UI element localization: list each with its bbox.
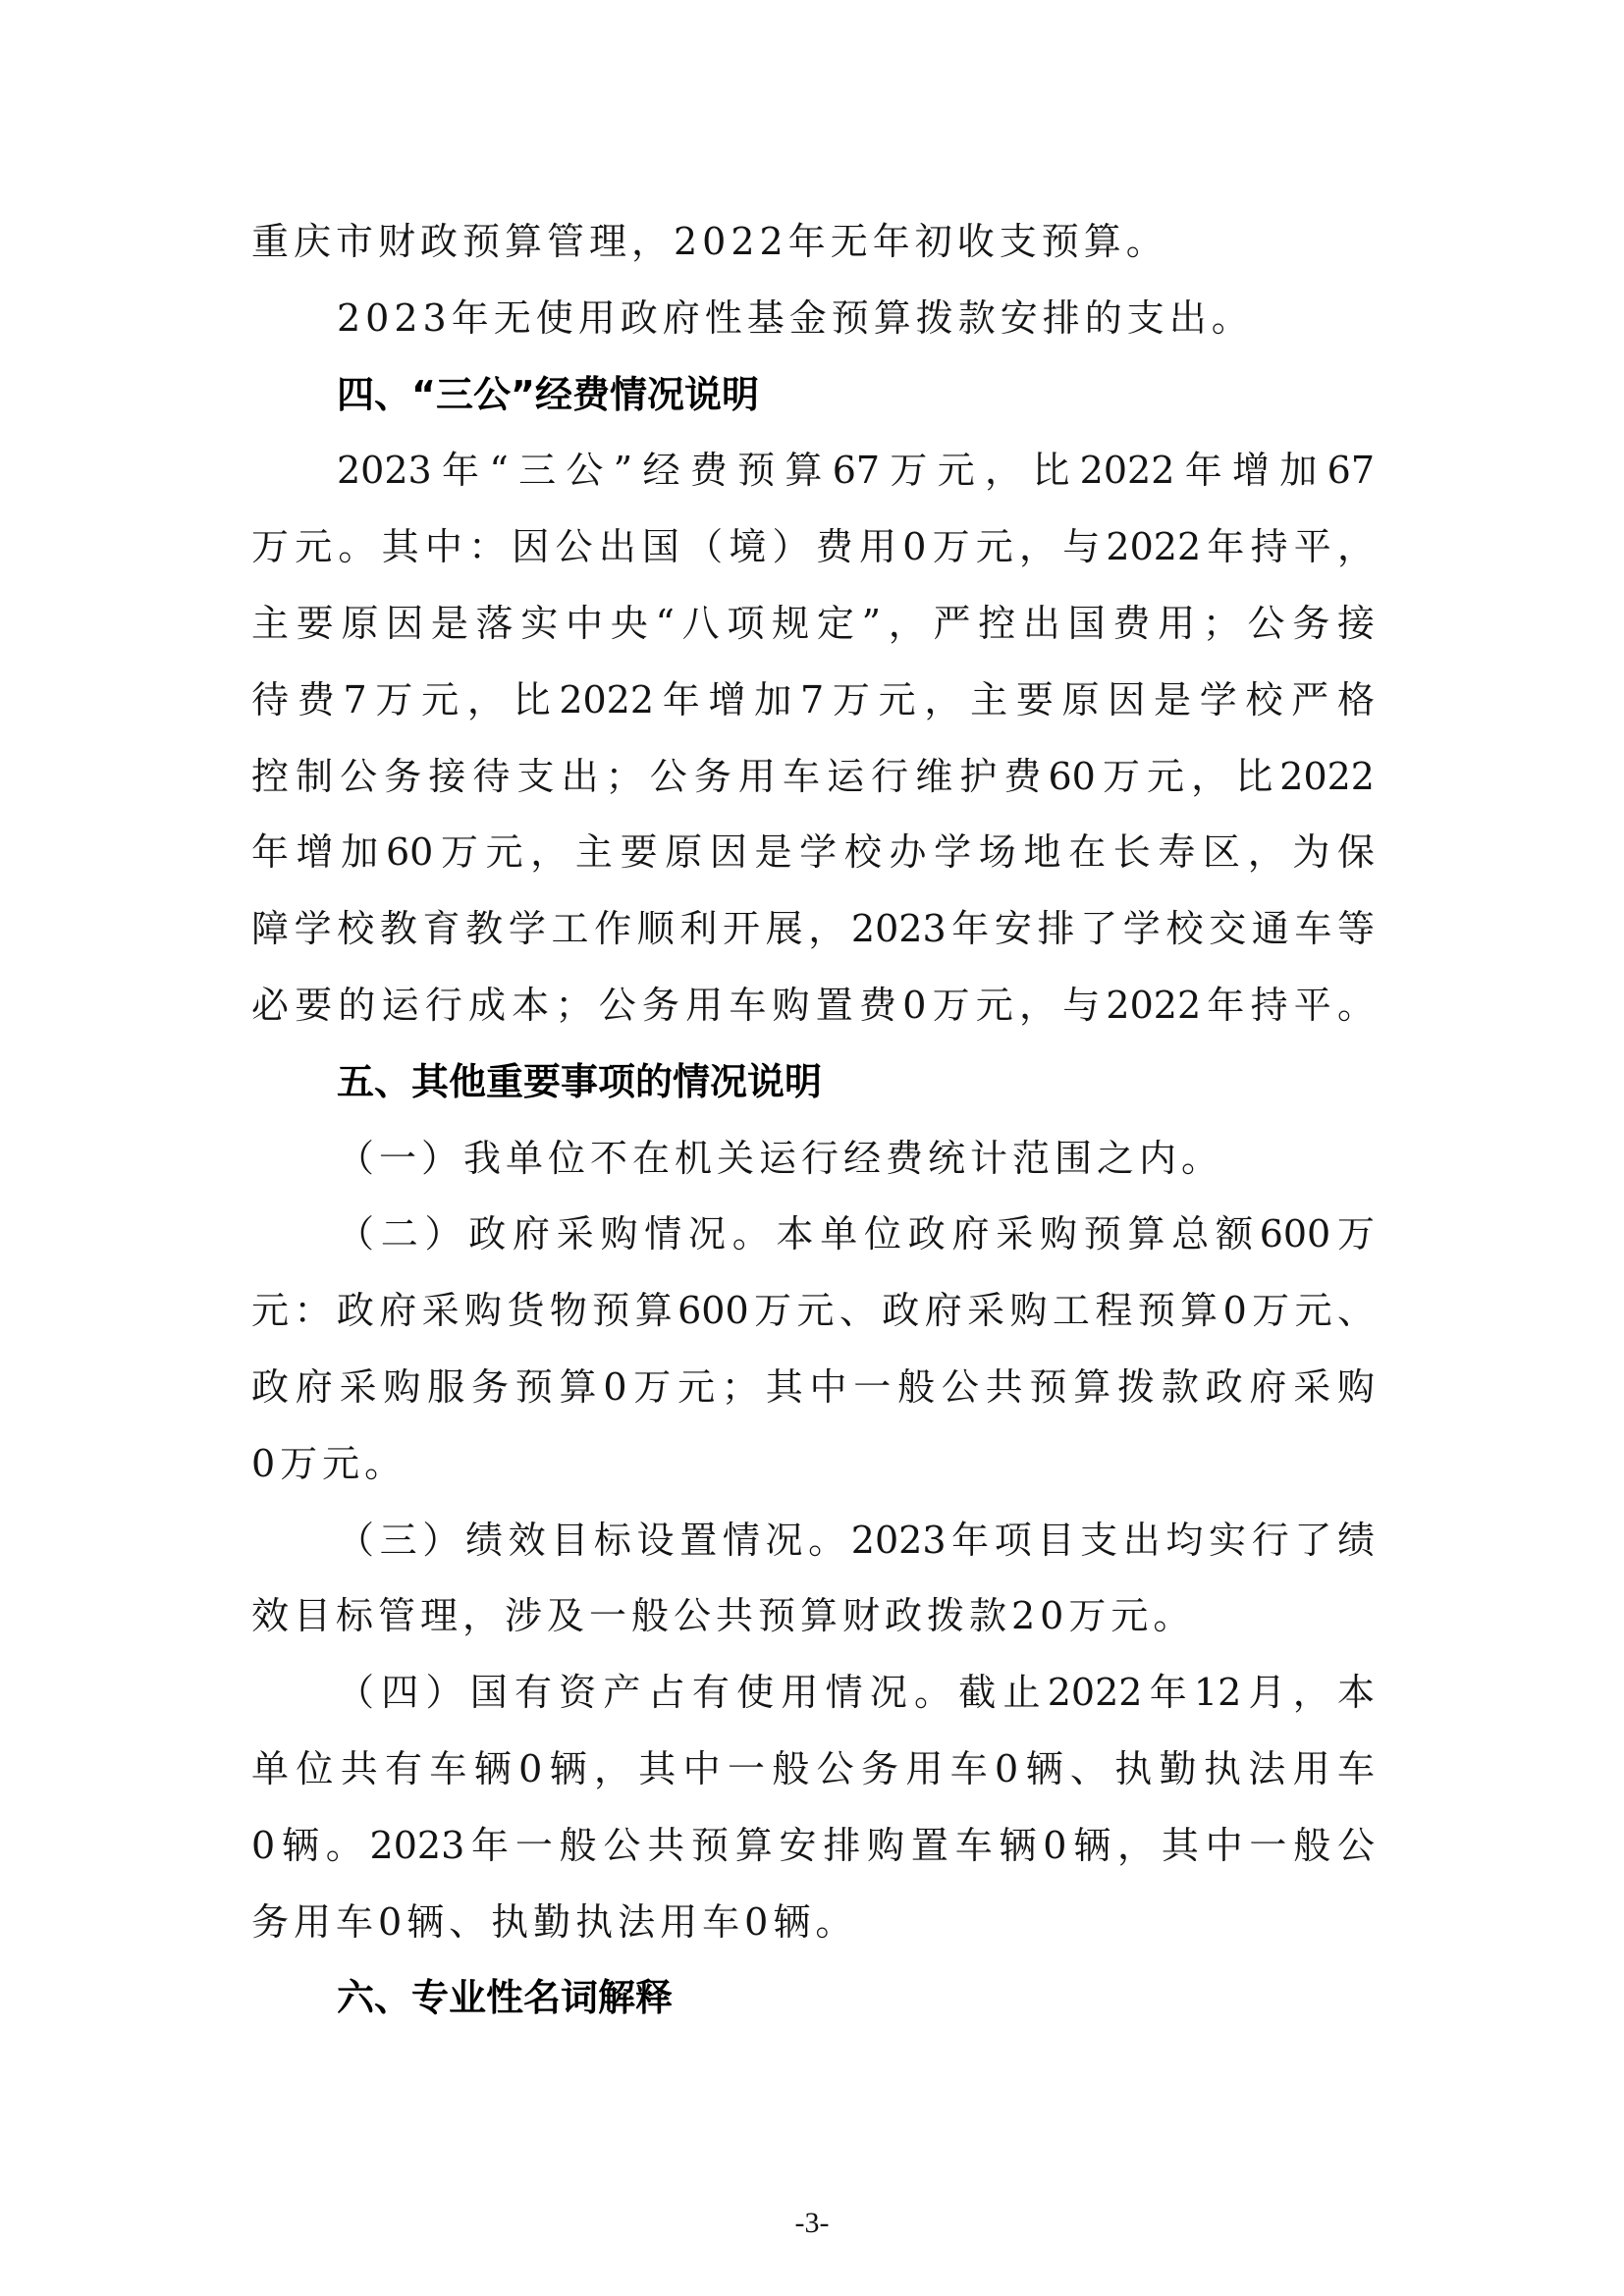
page-number: -3- bbox=[0, 2207, 1624, 2240]
body-line: 务用车0辆、执勤执法用车0辆。 bbox=[251, 1885, 1375, 1961]
section-heading-five: 五、其他重要事项的情况说明 bbox=[251, 1044, 1375, 1121]
body-line: 0万元。 bbox=[251, 1426, 1375, 1503]
body-line: 控制公务接待支出；公务用车运行维护费60万元，比2022 bbox=[251, 739, 1375, 816]
body-line: 政府采购服务预算0万元；其中一般公共预算拨款政府采购 bbox=[251, 1350, 1375, 1426]
body-line: 障学校教育教学工作顺利开展，2023年安排了学校交通车等 bbox=[251, 891, 1375, 968]
body-line: 必要的运行成本；公务用车购置费0万元，与2022年持平。 bbox=[251, 968, 1375, 1044]
body-paragraph-line: （三）绩效目标设置情况。2023年项目支出均实行了绩 bbox=[251, 1503, 1375, 1579]
body-line: 效目标管理，涉及一般公共预算财政拨款20万元。 bbox=[251, 1578, 1375, 1655]
body-paragraph-line: 2023年“三公”经费预算67万元，比2022年增加67 bbox=[251, 433, 1375, 509]
body-line: 主要原因是落实中央“八项规定”，严控出国费用；公务接 bbox=[251, 586, 1375, 663]
section-heading-six: 六、专业性名词解释 bbox=[251, 1960, 1375, 2037]
body-line: 0辆。2023年一般公共预算安排购置车辆0辆，其中一般公 bbox=[251, 1808, 1375, 1885]
body-paragraph-line: （一）我单位不在机关运行经费统计范围之内。 bbox=[251, 1121, 1375, 1198]
body-line: 万元。其中：因公出国（境）费用0万元，与2022年持平， bbox=[251, 509, 1375, 586]
body-paragraph-line: 2023年无使用政府性基金预算拨款安排的支出。 bbox=[251, 281, 1375, 357]
body-paragraph-line: （二）政府采购情况。本单位政府采购预算总额600万 bbox=[251, 1197, 1375, 1273]
body-line: 重庆市财政预算管理，2022年无年初收支预算。 bbox=[251, 204, 1375, 281]
body-line: 年增加60万元，主要原因是学校办学场地在长寿区，为保 bbox=[251, 815, 1375, 891]
body-line: 单位共有车辆0辆，其中一般公务用车0辆、执勤执法用车 bbox=[251, 1732, 1375, 1808]
section-heading-four: 四、“三公”经费情况说明 bbox=[251, 357, 1375, 434]
body-line: 元：政府采购货物预算600万元、政府采购工程预算0万元、 bbox=[251, 1273, 1375, 1350]
document-body: 重庆市财政预算管理，2022年无年初收支预算。 2023年无使用政府性基金预算拨… bbox=[251, 204, 1375, 2037]
body-line: 待费7万元，比2022年增加7万元，主要原因是学校严格 bbox=[251, 663, 1375, 739]
body-paragraph-line: （四）国有资产占有使用情况。截止2022年12月，本 bbox=[251, 1655, 1375, 1732]
document-page: 重庆市财政预算管理，2022年无年初收支预算。 2023年无使用政府性基金预算拨… bbox=[0, 0, 1624, 2296]
